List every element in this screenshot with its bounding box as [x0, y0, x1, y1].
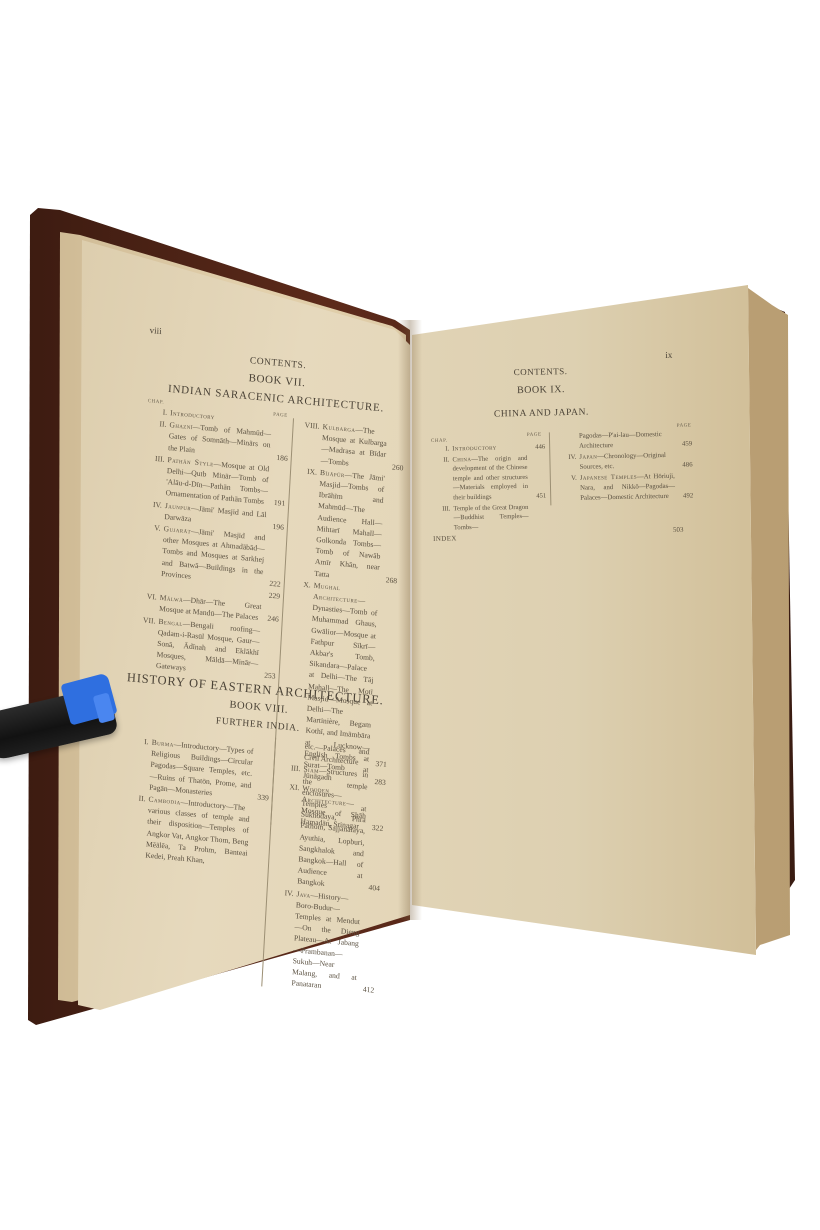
chap-label-right: CHAP. [431, 439, 448, 444]
toc-entry: V.Japanese Temples—At Hōriuji, Nara, and… [555, 471, 694, 504]
chapter-text: —Structures in the temple enclosures—Tem… [297, 766, 369, 888]
toc-column-1: I.IntroductoryII.Ghaznī—Tomb of Mahmūd—G… [131, 405, 290, 683]
page-number: 186 [270, 451, 289, 464]
chapter-text: —Jāmi' Masjid and other Mosques at Ahmad… [161, 526, 266, 580]
toc-entry: Pagodas—P'ai-lau—Domestic Architecture45… [554, 429, 692, 452]
running-head-right: CONTENTS. [426, 364, 656, 379]
chapter-heading: Cambodia [148, 795, 181, 807]
page-number: 459 [674, 439, 692, 449]
index-label: INDEX [433, 534, 457, 542]
chapter-number: I. [145, 405, 171, 418]
page-number: 451 [528, 491, 546, 501]
chapter-description: Temple of the Great Dragon—Buddhist Temp… [453, 502, 529, 532]
chapter-number: IV. [139, 497, 165, 522]
chapter-heading: Introductory [452, 445, 497, 453]
page-number: 492 [675, 491, 693, 501]
chapter-number: III. [428, 504, 454, 533]
page-number: 191 [267, 497, 286, 510]
toc-book8-column-2: etc.—Palaces and Civil Architecture371II… [261, 738, 388, 997]
page-number: 412 [356, 983, 375, 996]
toc-entry: III.Siam—Structures in the temple enclos… [272, 762, 387, 895]
chapter-text: —The Jāmi' Masjid—Tombs of Ibrāhīm and M… [314, 470, 385, 579]
toc-entry: IV.Japan—Chronology—Original Sources, et… [554, 450, 692, 473]
chapter-heading: Java [296, 889, 311, 899]
page-number: 260 [385, 460, 404, 473]
chapter-text: Temple of the Great Dragon—Buddhist Temp… [453, 503, 528, 531]
toc-entry: IX.Bījāpūr—The Jāmi' Masjid—Tombs of Ibr… [289, 464, 403, 586]
chapter-description: Japanese Temples—At Hōriuji, Nara, and N… [580, 472, 676, 504]
page-number [247, 870, 265, 872]
page-number: 268 [379, 573, 398, 586]
page-number: 253 [257, 669, 276, 682]
chapter-number: VI. [134, 590, 160, 615]
chapter-text: etc.—Palaces and Civil Architecture [304, 742, 370, 767]
section-title-china-japan: CHINA AND JAPAN. [426, 406, 656, 421]
chapter-description: Burma—Introductory—Types of Religious Bu… [149, 737, 254, 802]
toc-book8-column-1: I.Burma—Introductory—Types of Religious … [120, 734, 271, 872]
chapter-description: Gujarāt—Jāmi' Masjid and other Mosques a… [161, 523, 266, 588]
right-page-number: ix [665, 350, 672, 360]
chapter-heading: Burma [151, 738, 174, 749]
chapter-text: —Mosque at Old Delhi—Qutb Minār—Tomb of … [165, 459, 269, 506]
left-page-number: viii [149, 325, 162, 336]
index-page: 503 [673, 526, 684, 534]
toc-right-column-2: Pagodas—P'ai-lau—Domestic Architecture45… [549, 429, 693, 505]
chapter-number: III. [140, 452, 167, 499]
chapter-description: Cambodia—Introductory—The various classe… [145, 794, 250, 870]
chapter-number: V. [136, 521, 164, 579]
chapter-heading: Bengal [158, 616, 183, 627]
page-number: 371 [369, 758, 388, 771]
toc-entry: II.Cambodia—Introductory—The various cla… [120, 791, 268, 871]
chapter-description: Bengal—Bengali roofing—Qadam-i-Rasūl Mos… [156, 615, 261, 680]
chapter-heading: Japan [579, 453, 597, 460]
chapter-number [135, 578, 161, 591]
chapter-number [554, 432, 579, 453]
page-number: 486 [674, 460, 692, 470]
chapter-number: V. [555, 474, 581, 505]
book-heading-ix: BOOK IX. [426, 382, 656, 398]
chapter-description: China—The origin and development of the … [452, 453, 528, 503]
chapter-heading: Kulbarga [322, 422, 355, 434]
page-label-right: PAGE [527, 433, 542, 438]
chapter-description: Japan—Chronology—Original Sources, etc. [579, 451, 674, 473]
chapter-number: IV. [554, 453, 579, 474]
toc-entry: III.Temple of the Great Dragon—Buddhist … [428, 502, 547, 533]
page-number: 404 [362, 882, 381, 895]
page-number: 446 [527, 443, 545, 453]
chapter-text: Pagodas—P'ai-lau—Domestic Architecture [579, 431, 662, 450]
chapter-heading: China [452, 456, 471, 463]
chapter-heading: Bījāpūr [320, 468, 345, 479]
chapter-heading: Mālwā [160, 593, 184, 604]
left-page-text: viii CONTENTS. BOOK VII. INDIAN SARACENI… [119, 325, 414, 908]
chapter-heading: Japanese Temples [580, 474, 637, 482]
toc-right-column-1: I.Introductory446II.China—The origin and… [427, 443, 547, 535]
chapter-heading: Ghaznī [169, 420, 193, 431]
chapter-number [279, 738, 305, 763]
chapter-number: VII. [131, 613, 159, 671]
chapter-description: Pathān Style—Mosque at Old Delhi—Qutb Mi… [165, 454, 269, 508]
page-number: 246 [260, 613, 279, 626]
chapter-number: VIII. [295, 419, 322, 466]
page-number: 196 [266, 520, 285, 533]
chapter-description: Siam—Structures in the temple enclosures… [297, 764, 369, 893]
page-number: 339 [251, 791, 270, 804]
chapter-heading: Gujarāt [163, 524, 191, 535]
chapter-text: —History—Boro-Budur—Temples at Mendut—On… [291, 890, 360, 990]
chapter-description: Java—History—Boro-Budur—Temples at Mendu… [291, 888, 361, 995]
chapter-heading: Jaunpur [165, 501, 192, 512]
chapter-heading: Siam [303, 765, 319, 775]
toc-entry: II.China—The origin and development of t… [427, 453, 546, 503]
toc-entry: IV.Java—History—Boro-Budur—Temples at Me… [266, 886, 379, 996]
right-page-text: ix CONTENTS. BOOK IX. CHINA AND JAPAN. C… [425, 339, 705, 595]
chapter-number: II. [120, 791, 149, 860]
page-label-right-2: PAGE [677, 423, 692, 428]
chapter-text: —Introductory—The various classes of tem… [145, 797, 250, 864]
chapter-description: Kulbarga—The Mosque at Kulbarga—Madrasa … [320, 421, 387, 472]
chapter-number: II. [143, 417, 170, 453]
chapter-description: Pagodas—P'ai-lau—Domestic Architecture [579, 430, 674, 452]
page-number: 222 [262, 577, 281, 590]
chapter-number: II. [427, 455, 453, 503]
chapter-description: Bījāpūr—The Jāmi' Masjid—Tombs of Ibrāhī… [314, 467, 385, 585]
chapter-number: I. [124, 734, 152, 792]
chapter-description: Introductory [452, 443, 527, 454]
page-number: 229 [262, 589, 281, 602]
chapter-heading: Mughal Architecture [313, 581, 358, 605]
chapter-number: I. [427, 444, 452, 454]
chapter-text: —Introductory—Types of Religious Buildin… [149, 740, 254, 797]
